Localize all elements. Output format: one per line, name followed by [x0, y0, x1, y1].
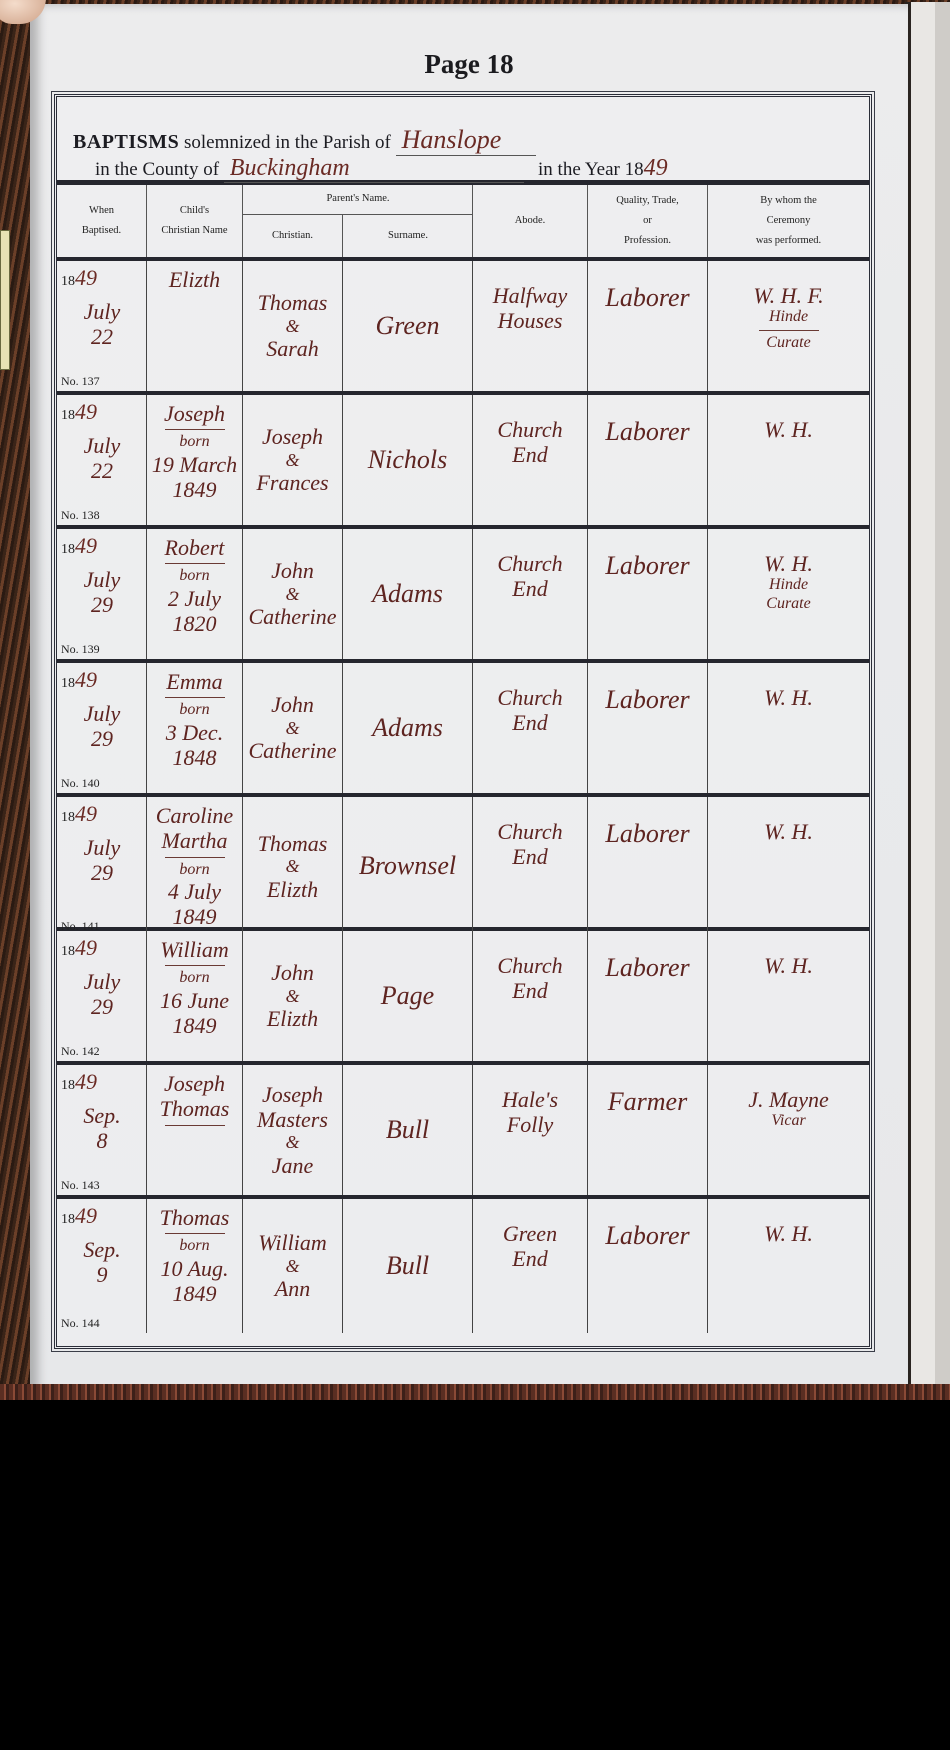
heading-text: solemnized in the Parish of — [179, 132, 395, 153]
cell-child-name: CarolineMarthaborn4 July1849 — [147, 797, 243, 936]
cell-minister: W. H. — [708, 1199, 869, 1333]
minister-line: W. H. — [712, 417, 865, 442]
father-name: Joseph Masters — [247, 1082, 338, 1133]
cell-when-baptised: 1849July29No. 140 — [57, 663, 147, 793]
cell-surname: Adams — [343, 529, 473, 659]
child-name-line: Joseph — [151, 401, 238, 426]
cell-parents-christian: John&Catherine — [243, 529, 343, 659]
entry-date: July29 — [67, 567, 137, 618]
surname: Adams — [347, 713, 468, 743]
minister-line: Hinde — [712, 576, 865, 594]
underline-rule — [165, 1233, 225, 1234]
cell-when-baptised: 1849July29No. 139 — [57, 529, 147, 659]
cell-abode: Hale'sFolly — [473, 1065, 588, 1195]
cell-abode: ChurchEnd — [473, 529, 588, 659]
surname: Bull — [347, 1251, 468, 1281]
mother-name: Sarah — [247, 336, 338, 361]
county-name: Buckingham — [224, 155, 524, 183]
cell-abode: ChurchEnd — [473, 663, 588, 793]
surname: Nichols — [347, 445, 468, 475]
year-handwritten: 49 — [644, 155, 668, 182]
abode-line: End — [477, 576, 583, 601]
entry-date: July22 — [67, 433, 137, 484]
cell-quality: Laborer — [588, 797, 708, 936]
entry-day: 22 — [67, 458, 137, 483]
register-entry: 1849Sep.9No. 144Thomasborn10 Aug.1849Wil… — [57, 1199, 869, 1333]
county-label: in the County of — [95, 159, 224, 180]
mother-name: Ann — [247, 1276, 338, 1301]
child-name-line: Joseph — [151, 1071, 238, 1096]
facing-page-edge — [905, 2, 950, 1392]
cell-minister: W. H. F.HindeCurate — [708, 261, 869, 391]
minister-line: W. H. — [712, 953, 865, 978]
black-margin — [0, 1400, 950, 1750]
cell-parents-christian: William&Ann — [243, 1199, 343, 1333]
mother-name: Frances — [247, 470, 338, 495]
cell-when-baptised: 1849Sep.9No. 144 — [57, 1199, 147, 1333]
entry-date: Sep.8 — [67, 1103, 137, 1154]
cell-child-name: Robertborn2 July1820 — [147, 529, 243, 659]
child-name-line: born — [151, 701, 238, 719]
cell-child-name: JosephThomas — [147, 1065, 243, 1195]
cell-abode: ChurchEnd — [473, 395, 588, 525]
quality-trade: Laborer — [592, 685, 703, 715]
entry-day: 22 — [67, 324, 137, 349]
entry-day: 29 — [67, 592, 137, 617]
entry-day: 9 — [67, 1262, 137, 1287]
underline-rule — [165, 429, 225, 430]
child-name-line: 10 Aug. — [151, 1256, 238, 1281]
cell-minister: W. H. — [708, 931, 869, 1061]
abode-line: Church — [477, 551, 583, 576]
cell-when-baptised: 1849Sep.8No. 143 — [57, 1065, 147, 1195]
child-name-line: 1820 — [151, 611, 238, 636]
child-name-line: born — [151, 1237, 238, 1255]
surname: Adams — [347, 579, 468, 609]
minister-line: Vicar — [712, 1112, 865, 1130]
child-name-line: born — [151, 861, 238, 879]
cell-quality: Laborer — [588, 931, 708, 1061]
entry-day: 8 — [67, 1128, 137, 1153]
cell-minister: J. MayneVicar — [708, 1065, 869, 1195]
mother-name: Elizth — [247, 877, 338, 902]
entry-date: July29 — [67, 835, 137, 886]
father-name: Thomas — [247, 290, 338, 315]
cell-abode: ChurchEnd — [473, 797, 588, 936]
col-child-name: Child'sChristian Name — [147, 185, 243, 257]
entry-date: July29 — [67, 969, 137, 1020]
register-entries: 1849July22No. 137ElizthThomas&SarahGreen… — [57, 261, 869, 1333]
abode-line: Church — [477, 953, 583, 978]
quality-trade: Laborer — [592, 283, 703, 313]
entry-month: July — [67, 969, 137, 994]
child-name-line: 1849 — [151, 477, 238, 502]
child-name-line: born — [151, 567, 238, 585]
and-symbol: & — [247, 1256, 338, 1277]
quality-trade: Laborer — [592, 1221, 703, 1251]
entry-number: No. 139 — [61, 642, 100, 657]
surname: Green — [347, 311, 468, 341]
entry-year: 1849 — [61, 1203, 97, 1229]
abode-line: Houses — [477, 308, 583, 333]
entry-month: July — [67, 567, 137, 592]
entry-year: 1849 — [61, 935, 97, 961]
parish-name: Hanslope — [396, 125, 536, 156]
cell-parents-christian: John&Catherine — [243, 663, 343, 793]
col-quality: Quality, Trade,orProfession. — [588, 185, 708, 257]
father-name: John — [247, 558, 338, 583]
abode-line: Church — [477, 685, 583, 710]
minister-line: W. H. — [712, 1221, 865, 1246]
entry-year: 1849 — [61, 1069, 97, 1095]
mother-name: Jane — [247, 1153, 338, 1178]
and-symbol: & — [247, 718, 338, 739]
underline-rule — [165, 965, 225, 966]
minister-line: W. H. — [712, 685, 865, 710]
entry-number: No. 140 — [61, 776, 100, 791]
and-symbol: & — [247, 316, 338, 337]
minister-line: Hinde — [712, 308, 865, 326]
child-name-line: 3 Dec. — [151, 720, 238, 745]
cell-parents-christian: Joseph Masters&Jane — [243, 1065, 343, 1195]
child-name-line: born — [151, 433, 238, 451]
register-page: Page 18 BAPTISMS solemnized in the Paris… — [30, 4, 908, 1396]
abode-line: Church — [477, 417, 583, 442]
cell-child-name: Elizth — [147, 261, 243, 391]
cell-parents-christian: Thomas&Sarah — [243, 261, 343, 391]
cell-surname: Bull — [343, 1065, 473, 1195]
child-name-line: 16 June — [151, 988, 238, 1013]
surname: Bull — [347, 1115, 468, 1145]
cell-parents-christian: Joseph&Frances — [243, 395, 343, 525]
register-entry: 1849July29No. 142Williamborn16 June1849J… — [57, 931, 869, 1065]
cell-surname: Page — [343, 931, 473, 1061]
child-name-line: Caroline — [151, 803, 238, 828]
cell-child-name: Thomasborn10 Aug.1849 — [147, 1199, 243, 1333]
child-name-line: born — [151, 969, 238, 987]
underline-rule — [165, 563, 225, 564]
entry-date: Sep.9 — [67, 1237, 137, 1288]
entry-month: July — [67, 433, 137, 458]
surname: Page — [347, 981, 468, 1011]
entry-date: July22 — [67, 299, 137, 350]
and-symbol: & — [247, 450, 338, 471]
underline-rule — [759, 330, 819, 331]
cell-parents-christian: Thomas&Elizth — [243, 797, 343, 936]
cell-surname: Bull — [343, 1199, 473, 1333]
cell-child-name: Williamborn16 June1849 — [147, 931, 243, 1061]
heading-baptisms: BAPTISMS — [73, 131, 179, 153]
entry-day: 29 — [67, 860, 137, 885]
entry-year: 1849 — [61, 667, 97, 693]
cell-quality: Laborer — [588, 395, 708, 525]
child-name-line: Thomas — [151, 1205, 238, 1230]
col-when: WhenBaptised. — [57, 185, 147, 257]
underline-rule — [165, 697, 225, 698]
mother-name: Elizth — [247, 1006, 338, 1031]
and-symbol: & — [247, 584, 338, 605]
entry-number: No. 138 — [61, 508, 100, 523]
entry-number: No. 143 — [61, 1178, 100, 1193]
father-name: John — [247, 960, 338, 985]
book-bottom-edge — [0, 1384, 950, 1400]
abode-line: End — [477, 1246, 583, 1271]
minister-line: W. H. — [712, 551, 865, 576]
cell-parents-christian: John&Elizth — [243, 931, 343, 1061]
entry-year: 1849 — [61, 265, 97, 291]
mother-name: Catherine — [247, 604, 338, 629]
mother-name: Catherine — [247, 738, 338, 763]
underline-rule — [165, 1125, 225, 1126]
cell-quality: Farmer — [588, 1065, 708, 1195]
quality-trade: Laborer — [592, 551, 703, 581]
abode-line: End — [477, 442, 583, 467]
child-name-line: 2 July — [151, 586, 238, 611]
entry-year: 1849 — [61, 533, 97, 559]
register-heading: BAPTISMS solemnized in the Parish of Han… — [57, 97, 869, 185]
abode-line: End — [477, 978, 583, 1003]
bookmark-tab — [0, 230, 10, 370]
entry-month: July — [67, 701, 137, 726]
register-entry: 1849July29No. 139Robertborn2 July1820Joh… — [57, 529, 869, 663]
quality-trade: Laborer — [592, 953, 703, 983]
child-name-line: William — [151, 937, 238, 962]
and-symbol: & — [247, 986, 338, 1007]
register-entry: 1849July29No. 141CarolineMarthaborn4 Jul… — [57, 797, 869, 931]
underline-rule — [165, 857, 225, 858]
entry-day: 29 — [67, 726, 137, 751]
abode-line: Church — [477, 819, 583, 844]
cell-abode: ChurchEnd — [473, 931, 588, 1061]
register-entry: 1849July22No. 138Josephborn19 March1849J… — [57, 395, 869, 529]
abode-line: End — [477, 844, 583, 869]
child-name-line: 1849 — [151, 1013, 238, 1038]
and-symbol: & — [247, 856, 338, 877]
abode-line: Green — [477, 1221, 583, 1246]
register-entry: 1849July22No. 137ElizthThomas&SarahGreen… — [57, 261, 869, 395]
cell-minister: W. H. — [708, 663, 869, 793]
abode-line: Halfway — [477, 283, 583, 308]
child-name-line: 1849 — [151, 1281, 238, 1306]
entry-year: 1849 — [61, 399, 97, 425]
minister-line: J. Mayne — [712, 1087, 865, 1112]
cell-when-baptised: 1849July22No. 137 — [57, 261, 147, 391]
year-label: in the Year 18 — [538, 159, 644, 180]
entry-number: No. 142 — [61, 1044, 100, 1059]
page-title: Page 18 — [30, 49, 908, 80]
cell-when-baptised: 1849July29No. 141 — [57, 797, 147, 936]
quality-trade: Farmer — [592, 1087, 703, 1117]
minister-line: W. H. F. — [712, 283, 865, 308]
child-name-line: Martha — [151, 828, 238, 853]
cell-abode: HalfwayHouses — [473, 261, 588, 391]
entry-year: 1849 — [61, 801, 97, 827]
entry-number: No. 144 — [61, 1316, 100, 1331]
cell-abode: GreenEnd — [473, 1199, 588, 1333]
entry-date: July29 — [67, 701, 137, 752]
cell-minister: W. H. — [708, 395, 869, 525]
child-name-line: Thomas — [151, 1096, 238, 1121]
entry-day: 29 — [67, 994, 137, 1019]
father-name: William — [247, 1230, 338, 1255]
child-name-line: 1849 — [151, 904, 238, 929]
col-parents-surname: Surname. — [343, 215, 473, 257]
col-minister: By whom theCeremonywas performed. — [708, 185, 869, 257]
entry-month: Sep. — [67, 1237, 137, 1262]
entry-number: No. 137 — [61, 374, 100, 389]
cell-quality: Laborer — [588, 261, 708, 391]
child-name-line: Elizth — [151, 267, 238, 292]
child-name-line: Emma — [151, 669, 238, 694]
cell-quality: Laborer — [588, 1199, 708, 1333]
cell-surname: Green — [343, 261, 473, 391]
child-name-line: 1848 — [151, 745, 238, 770]
abode-line: End — [477, 710, 583, 735]
abode-line: Hale's — [477, 1087, 583, 1112]
col-parents-name: Parent's Name. Christian. Surname. — [243, 185, 473, 257]
cell-child-name: Josephborn19 March1849 — [147, 395, 243, 525]
father-name: John — [247, 692, 338, 717]
minister-line: Curate — [712, 595, 865, 613]
column-headers: WhenBaptised. Child'sChristian Name Pare… — [57, 185, 869, 261]
child-name-line: Robert — [151, 535, 238, 560]
entry-month: July — [67, 299, 137, 324]
col-abode: Abode. — [473, 185, 588, 257]
father-name: Joseph — [247, 424, 338, 449]
cell-minister: W. H. — [708, 797, 869, 936]
and-symbol: & — [247, 1132, 338, 1153]
quality-trade: Laborer — [592, 819, 703, 849]
heading-parish-line: BAPTISMS solemnized in the Parish of Han… — [73, 125, 536, 156]
child-name-line: 19 March — [151, 452, 238, 477]
cell-surname: Nichols — [343, 395, 473, 525]
register-entry: 1849July29No. 140Emmaborn3 Dec.1848John&… — [57, 663, 869, 797]
entry-month: Sep. — [67, 1103, 137, 1128]
cell-quality: Laborer — [588, 529, 708, 659]
col-parents-title: Parent's Name. — [243, 185, 473, 215]
cell-surname: Adams — [343, 663, 473, 793]
cell-when-baptised: 1849July22No. 138 — [57, 395, 147, 525]
heading-county-line: in the County of Buckingham in the Year … — [95, 155, 668, 183]
baptism-register-table: BAPTISMS solemnized in the Parish of Han… — [54, 94, 872, 1349]
father-name: Thomas — [247, 831, 338, 856]
abode-line: Folly — [477, 1112, 583, 1137]
quality-trade: Laborer — [592, 417, 703, 447]
surname: Brownsel — [347, 851, 468, 881]
minister-line: W. H. — [712, 819, 865, 844]
cell-child-name: Emmaborn3 Dec.1848 — [147, 663, 243, 793]
cell-surname: Brownsel — [343, 797, 473, 936]
minister-line: Curate — [712, 334, 865, 352]
child-name-line: 4 July — [151, 879, 238, 904]
cell-minister: W. H.HindeCurate — [708, 529, 869, 659]
col-parents-christian: Christian. — [243, 215, 343, 257]
cell-when-baptised: 1849July29No. 142 — [57, 931, 147, 1061]
register-entry: 1849Sep.8No. 143JosephThomasJoseph Maste… — [57, 1065, 869, 1199]
cell-quality: Laborer — [588, 663, 708, 793]
entry-month: July — [67, 835, 137, 860]
